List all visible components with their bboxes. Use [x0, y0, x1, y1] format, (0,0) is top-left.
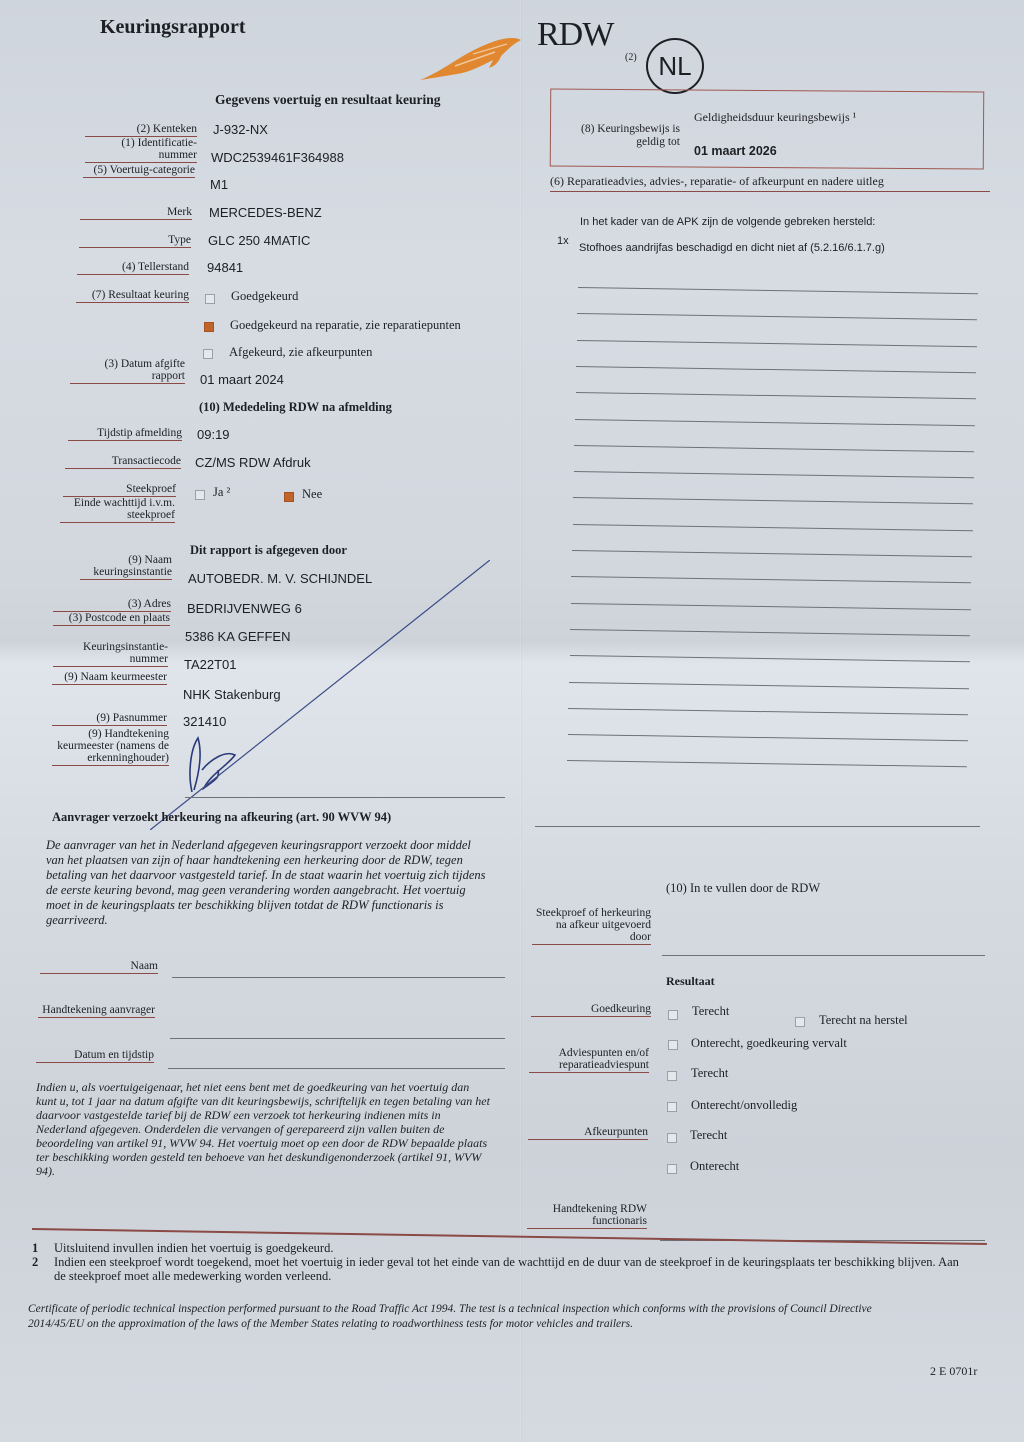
- checkbox-goedgekeurd[interactable]: [205, 294, 215, 304]
- option-afgekeurd: Afgekeurd, zie afkeurpunten: [229, 345, 372, 360]
- checkbox-goedkeuring-vervalt[interactable]: [668, 1040, 678, 1050]
- form-code: 2 E 0701r: [930, 1364, 977, 1379]
- option-afkeurpunten-terecht: Terecht: [690, 1128, 727, 1143]
- repair-intro: In het kader van de APK zijn de volgende…: [580, 216, 875, 228]
- checkbox-goedgekeurd-na-reparatie[interactable]: [204, 322, 214, 332]
- field-value-voertuigcategorie: M1: [210, 177, 228, 192]
- checkbox-adviespunten-onterecht[interactable]: [667, 1102, 677, 1112]
- option-adviespunten-onterecht: Onterecht/onvolledig: [691, 1098, 797, 1113]
- field-value-identificatienummer: WDC2539461F364988: [211, 150, 344, 165]
- field-label-transactiecode: Transactiecode: [65, 455, 181, 469]
- checkbox-adviespunten-terecht[interactable]: [667, 1071, 677, 1081]
- rdw-wordmark: RDW: [537, 16, 613, 54]
- field-value-tijdstip: 09:19: [197, 427, 230, 442]
- field-value-datum-afgifte: 01 maart 2024: [200, 372, 284, 387]
- note-line[interactable]: [568, 734, 968, 741]
- field-value-type: GLC 250 4MATIC: [208, 233, 310, 248]
- field-label-einde-wachttijd: Einde wachttijd i.v.m. steekproef: [60, 497, 175, 523]
- validity-label: (8) Keuringsbewijs is geldig tot: [580, 123, 680, 149]
- input-uitgevoerd-door[interactable]: [662, 955, 985, 956]
- field-label-datum-afgifte: (3) Datum afgifte rapport: [70, 358, 185, 384]
- note-line[interactable]: [573, 524, 973, 531]
- note-line[interactable]: [578, 287, 978, 294]
- country-badge: NL: [646, 38, 704, 94]
- field-value-merk: MERCEDES-BENZ: [209, 205, 322, 220]
- strike-line: [150, 560, 490, 830]
- option-goedkeuring-vervalt: Onterecht, goedkeuring vervalt: [691, 1036, 847, 1051]
- note-line[interactable]: [577, 313, 977, 320]
- rdw-fill-heading: (10) In te vullen door de RDW: [666, 881, 820, 896]
- option-afkeurpunten-onterecht: Onterecht: [690, 1159, 739, 1174]
- reinspection-heading: Aanvrager verzoekt herkeuring na afkeuri…: [52, 810, 391, 825]
- option-adviespunten-terecht: Terecht: [691, 1066, 728, 1081]
- option-terecht-na-herstel: Terecht na herstel: [819, 1013, 908, 1028]
- repair-item-text: Stofhoes aandrijfas beschadigd en dicht …: [579, 242, 885, 254]
- field-value-tellerstand: 94841: [207, 260, 243, 275]
- note-line[interactable]: [569, 682, 969, 689]
- reinspection-paragraph: De aanvrager van het in Nederland afgege…: [46, 838, 491, 928]
- note-line[interactable]: [571, 576, 971, 583]
- field-label-merk: Merk: [80, 206, 192, 220]
- validity-heading: Geldigheidsduur keuringsbewijs ¹: [694, 110, 856, 125]
- field-label-voertuigcategorie: (5) Voertuig-categorie: [83, 164, 195, 178]
- issuer-heading: Dit rapport is afgegeven door: [190, 543, 347, 558]
- field-label-uitgevoerd-door: Steekproef of herkeuring na afkeur uitge…: [532, 907, 651, 945]
- field-value-kenteken: J-932-NX: [213, 122, 268, 137]
- field-label-tijdstip: Tijdstip afmelding: [68, 427, 182, 441]
- note-line[interactable]: [571, 603, 971, 610]
- footnote-1-text: Uitsluitend invullen indien het voertuig…: [54, 1241, 954, 1255]
- right-divider-line: [535, 826, 980, 827]
- repair-section-heading: (6) Reparatieadvies, advies-, reparatie-…: [550, 174, 990, 192]
- note-line[interactable]: [574, 471, 974, 478]
- field-label-type: Type: [79, 234, 191, 248]
- paper-fold: [520, 0, 522, 1442]
- field-label-identificatienummer: (1) Identificatie-nummer: [85, 137, 197, 163]
- field-label-tellerstand: (4) Tellerstand: [77, 261, 189, 275]
- input-datum-tijdstip[interactable]: [168, 1068, 505, 1069]
- note-line[interactable]: [570, 655, 970, 662]
- result-heading: Resultaat: [666, 974, 715, 989]
- note-line[interactable]: [576, 392, 976, 399]
- signature-line: [185, 797, 505, 798]
- input-naam-aanvrager[interactable]: [172, 977, 505, 978]
- group-label-afkeurpunten: Afkeurpunten: [528, 1126, 648, 1140]
- checkbox-terecht-na-herstel[interactable]: [795, 1017, 805, 1027]
- option-goedgekeurd-na-reparatie: Goedgekeurd na reparatie, zie reparatiep…: [230, 318, 461, 333]
- field-label-datum-tijdstip: Datum en tijdstip: [36, 1049, 154, 1063]
- note-line[interactable]: [576, 366, 976, 373]
- note-line[interactable]: [572, 550, 972, 557]
- option-goedkeuring-terecht: Terecht: [692, 1004, 729, 1019]
- field-label-handtekening-aanvrager: Handtekening aanvrager: [38, 1004, 155, 1018]
- note-line[interactable]: [567, 760, 967, 767]
- option-goedgekeurd: Goedgekeurd: [231, 289, 298, 304]
- group-label-goedkeuring: Goedkeuring: [531, 1003, 651, 1017]
- field-label-steekproef: Steekproef: [63, 483, 176, 497]
- field-label-handtekening-rdw: Handtekening RDW functionaris: [527, 1203, 647, 1229]
- vehicle-section-heading: Gegevens voertuig en resultaat keuring: [215, 92, 440, 108]
- country-note: (2): [625, 52, 637, 63]
- owner-paragraph: Indien u, als voertuigeigenaar, het niet…: [36, 1080, 491, 1178]
- document-title: Keuringsrapport: [100, 16, 246, 39]
- repair-item-qty: 1x: [557, 235, 569, 247]
- checkbox-steekproef-nee[interactable]: [284, 492, 294, 502]
- footnote-2-text: Indien een steekproef wordt toegekend, m…: [54, 1255, 959, 1283]
- rdw-feather-logo-icon: [415, 30, 525, 85]
- note-line[interactable]: [568, 708, 968, 715]
- result-label: (7) Resultaat keuring: [76, 289, 189, 303]
- note-line[interactable]: [575, 419, 975, 426]
- note-line[interactable]: [573, 497, 973, 504]
- checkbox-afkeurpunten-terecht[interactable]: [667, 1133, 677, 1143]
- field-value-transactiecode: CZ/MS RDW Afdruk: [195, 455, 311, 470]
- inspection-report-sheet: Keuringsrapport RDW (2) NL Gegevens voer…: [0, 0, 1024, 1442]
- rdw-notice-heading: (10) Mededeling RDW na afmelding: [199, 400, 392, 415]
- note-line[interactable]: [574, 445, 974, 452]
- input-handtekening-aanvrager[interactable]: [170, 1038, 505, 1039]
- note-line[interactable]: [570, 629, 970, 636]
- validity-value: 01 maart 2026: [694, 144, 777, 158]
- checkbox-afgekeurd[interactable]: [203, 349, 213, 359]
- checkbox-afkeurpunten-onterecht[interactable]: [667, 1164, 677, 1174]
- field-label-kenteken: (2) Kenteken: [85, 123, 197, 137]
- footnote-2-number: 2: [32, 1255, 38, 1269]
- option-steekproef-nee: Nee: [302, 487, 322, 502]
- certificate-note: Certificate of periodic technical inspec…: [28, 1302, 918, 1332]
- checkbox-steekproef-ja[interactable]: [195, 490, 205, 500]
- group-label-adviespunten: Adviespunten en/of reparatieadviespunt: [529, 1047, 649, 1073]
- note-line[interactable]: [577, 340, 977, 347]
- option-steekproef-ja: Ja ²: [213, 485, 230, 500]
- footnote-1-number: 1: [32, 1241, 38, 1255]
- field-label-naam-aanvrager: Naam: [40, 960, 158, 974]
- checkbox-goedkeuring-terecht[interactable]: [668, 1010, 678, 1020]
